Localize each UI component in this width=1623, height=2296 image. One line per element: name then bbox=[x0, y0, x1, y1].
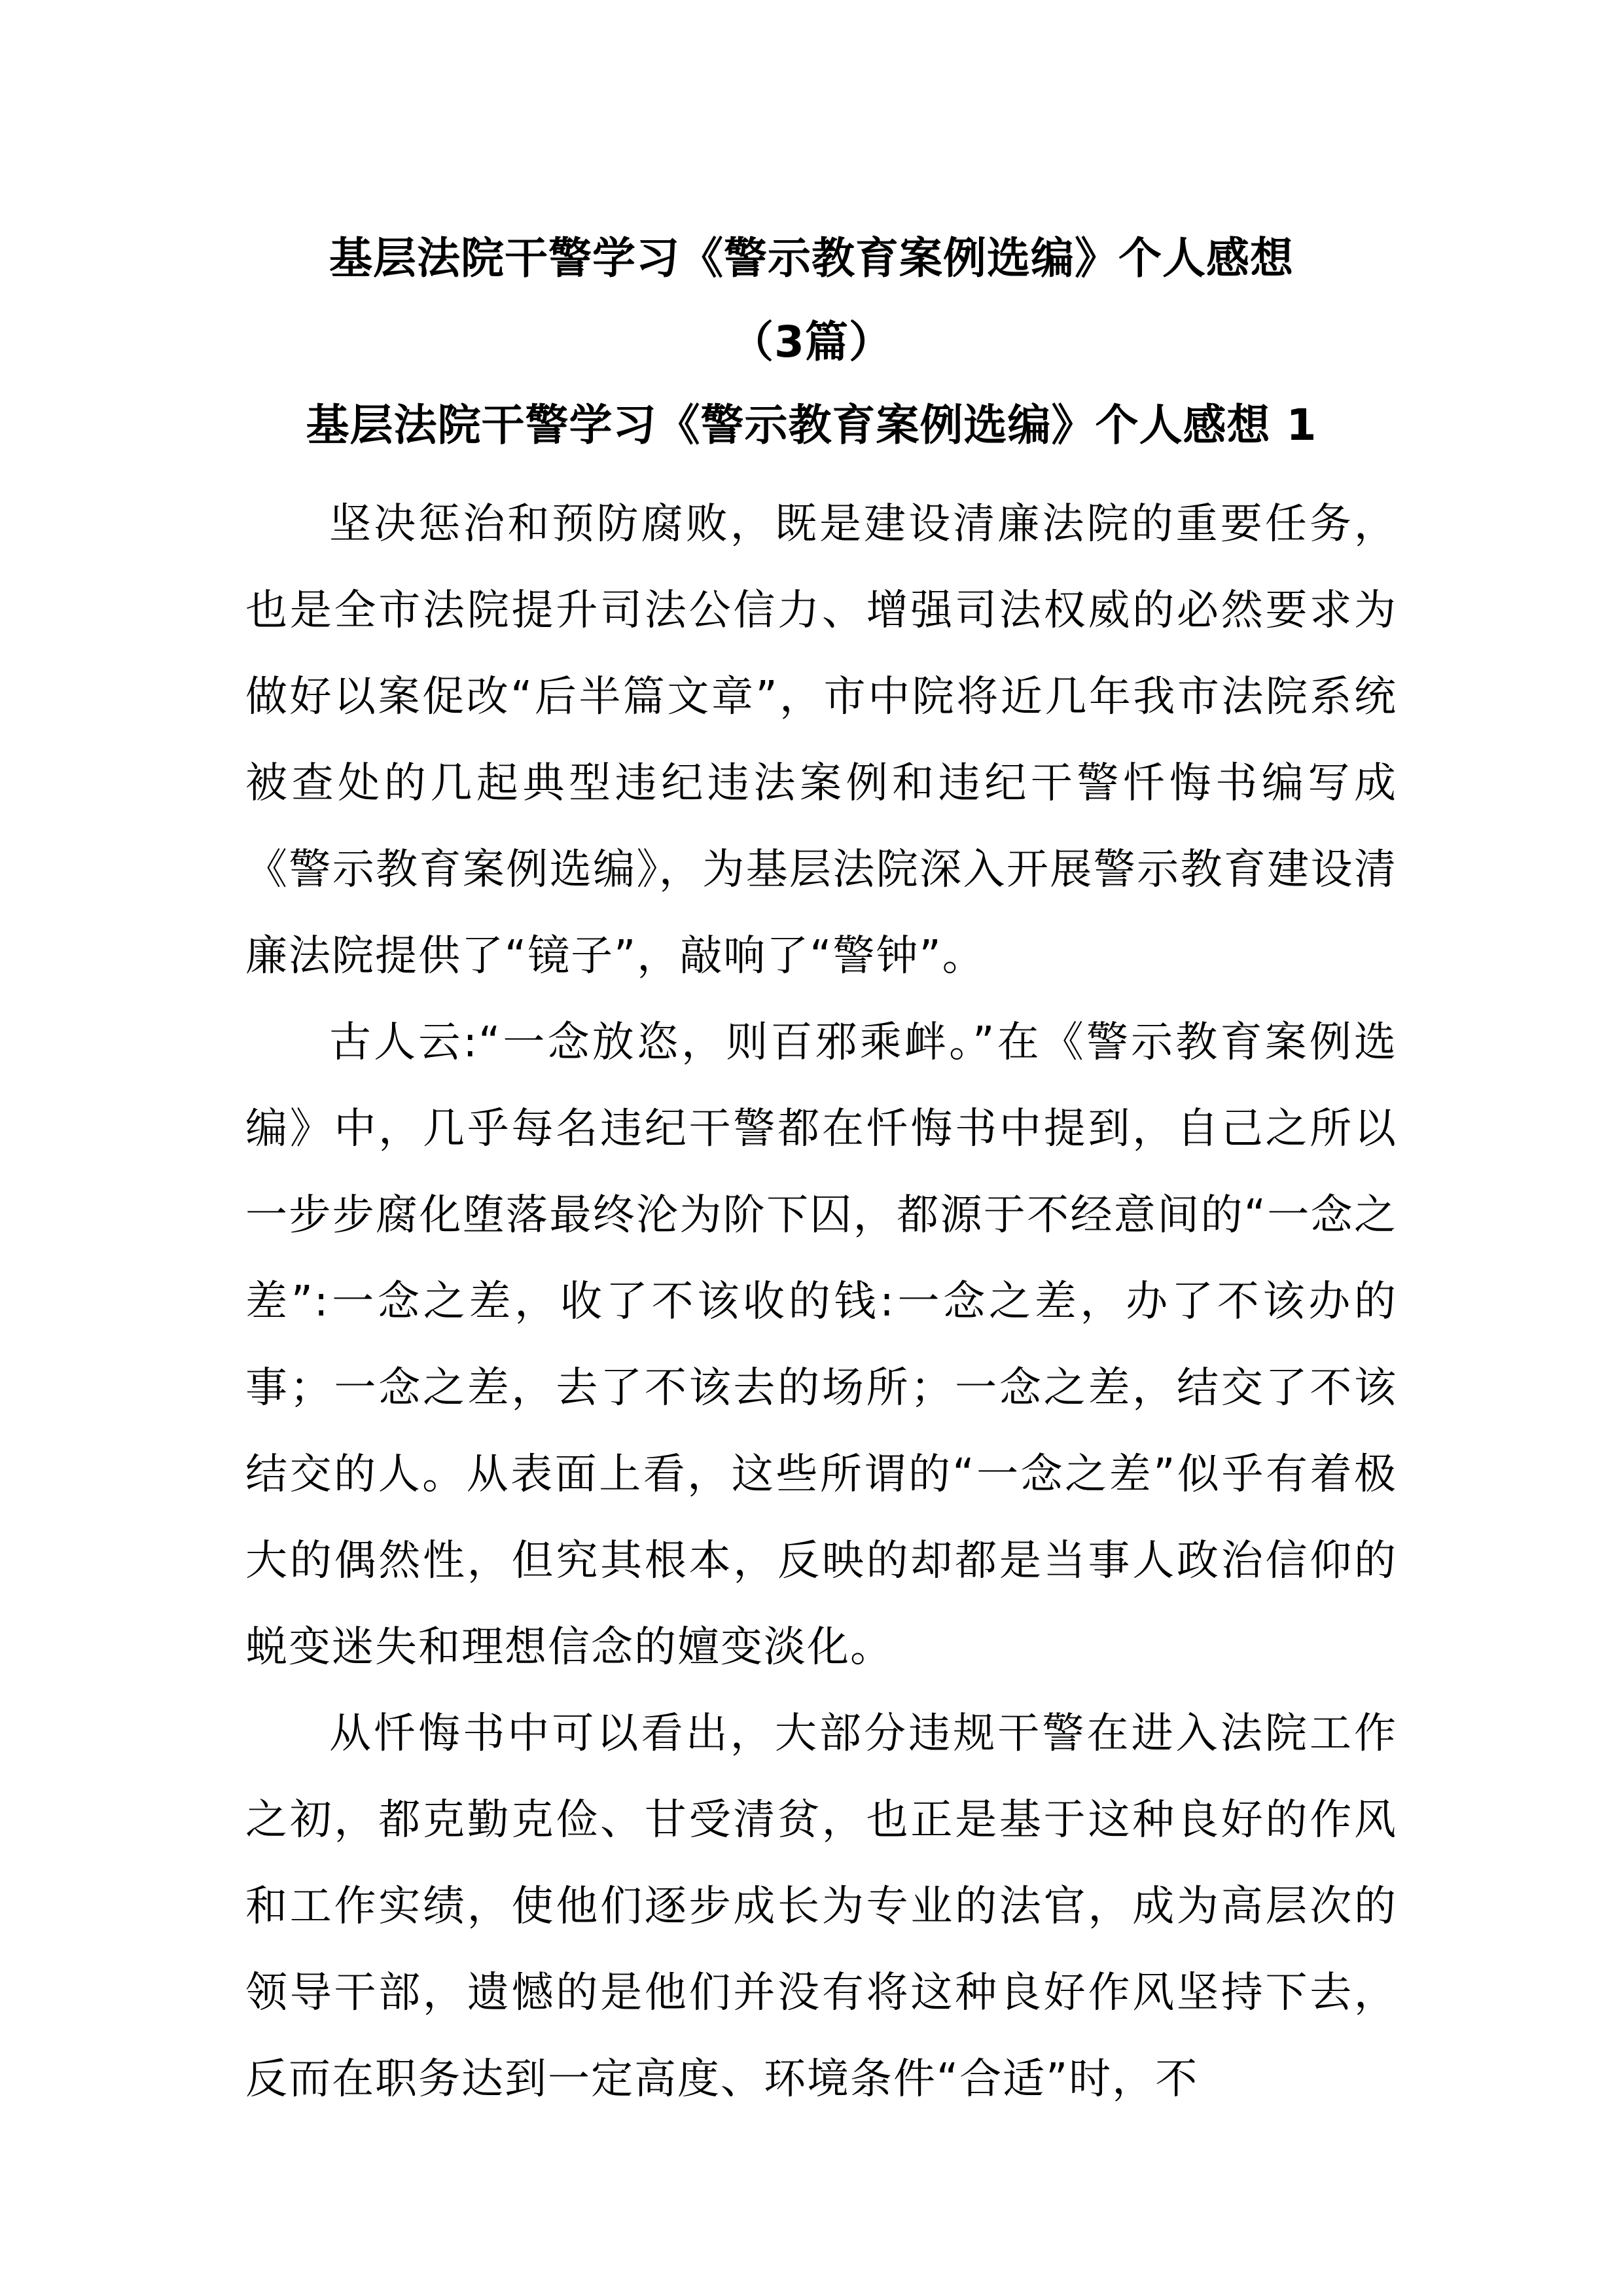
document-title-count: （3篇） bbox=[0, 316, 1623, 368]
document-page: 基层法院干警学习《警示教育案例选编》个人感想 （3篇） 基层法院干警学习《警示教… bbox=[0, 0, 1623, 2296]
document-title: 基层法院干警学习《警示教育案例选编》个人感想 bbox=[0, 232, 1623, 285]
body-paragraph: 古人云:“一念放恣，则百邪乘衅。”在《警示教育案例选编》中，几乎每名违纪干警都在… bbox=[245, 999, 1397, 1691]
body-paragraph: 坚决惩治和预防腐败，既是建设清廉法院的重要任务，也是全市法院提升司法公信力、增强… bbox=[245, 481, 1397, 999]
body-paragraph: 从忏悔书中可以看出，大部分违规干警在进入法院工作之初，都克勤克俭、甘受清贫，也正… bbox=[245, 1691, 1397, 2123]
document-body: 坚决惩治和预防腐败，既是建设清廉法院的重要任务，也是全市法院提升司法公信力、增强… bbox=[245, 481, 1397, 2123]
section-heading: 基层法院干警学习《警示教育案例选编》个人感想 1 bbox=[0, 399, 1623, 452]
